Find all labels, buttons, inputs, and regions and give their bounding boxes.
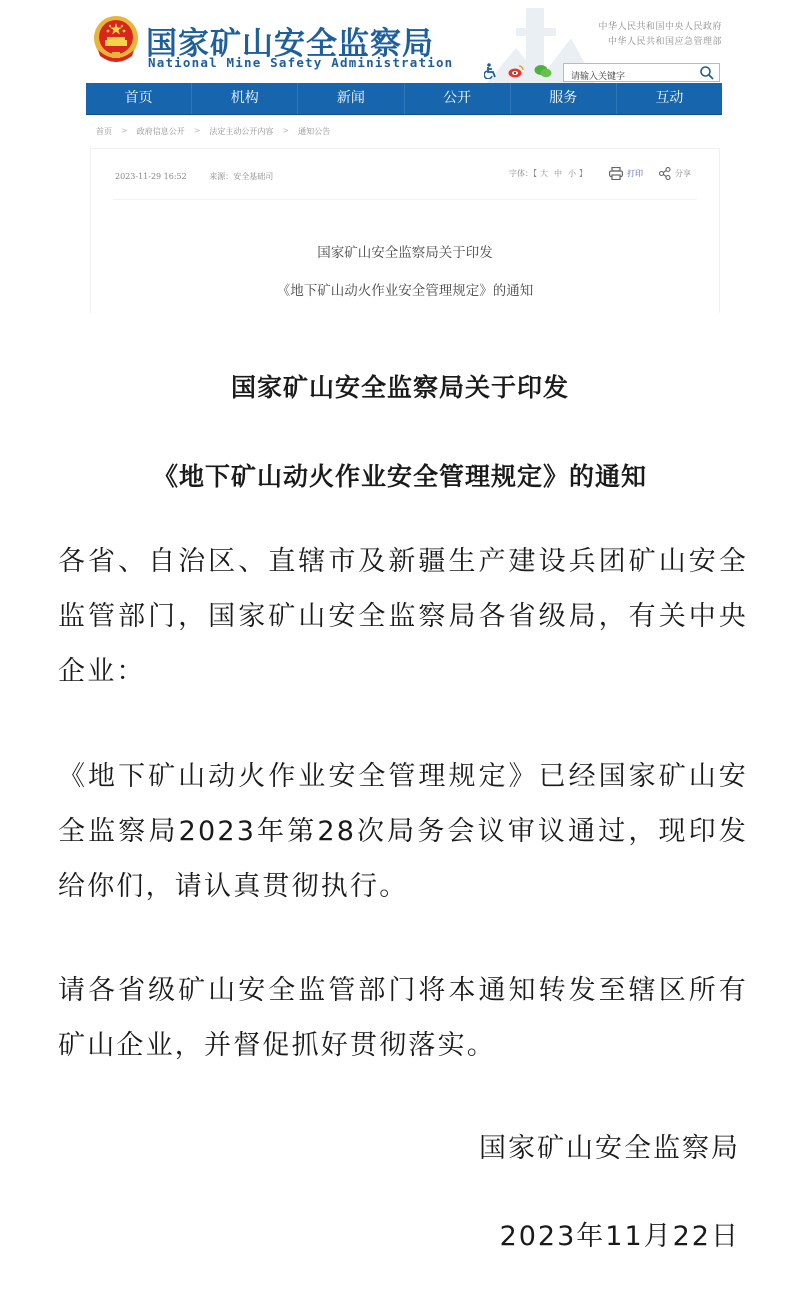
breadcrumb-separator: > — [194, 126, 201, 137]
national-emblem-icon — [92, 14, 140, 66]
nav-home[interactable]: 首页 — [86, 83, 192, 114]
site-header: 国家矿山安全监察局 National Mine Safety Administr… — [86, 8, 722, 76]
article-container: 2023-11-29 16:52 来源：安全基础司 字体：【大中小】 打印 — [90, 148, 720, 313]
breadcrumb-home[interactable]: 首页 — [96, 126, 112, 137]
article-source: 来源：安全基础司 — [209, 172, 273, 181]
wechat-icon[interactable] — [534, 64, 552, 78]
breadcrumb-gov-info[interactable]: 政府信息公开 — [137, 126, 185, 137]
toolbar-icons — [484, 60, 552, 82]
document-signature: 国家矿山安全监察局 — [479, 1126, 740, 1165]
link-central-government[interactable]: 中华人民共和国中央人民政府 — [598, 20, 722, 35]
gov-links: 中华人民共和国中央人民政府 中华人民共和国应急管理部 — [598, 20, 722, 50]
search-icon[interactable] — [699, 65, 715, 81]
document-title-line-2: 《地下矿山动火作业安全管理规定》的通知 — [0, 457, 800, 493]
document-title-line-1: 国家矿山安全监察局关于印发 — [0, 368, 800, 404]
nav-organization[interactable]: 机构 — [192, 83, 298, 114]
print-label: 打印 — [627, 168, 643, 179]
nav-services[interactable]: 服务 — [511, 83, 617, 114]
nav-public[interactable]: 公开 — [405, 83, 511, 114]
font-size-medium[interactable]: 中 — [554, 169, 562, 178]
site-search — [563, 63, 720, 82]
link-emergency-ministry[interactable]: 中华人民共和国应急管理部 — [598, 35, 722, 50]
breadcrumb-separator: > — [282, 126, 289, 137]
divider — [113, 199, 697, 200]
breadcrumb: 首页 > 政府信息公开 > 法定主动公开内容 > 通知公告 — [96, 126, 330, 137]
breadcrumb-separator: > — [121, 126, 128, 137]
document-body-paragraph: 请各省级矿山安全监管部门将本通知转发至辖区所有矿山企业，并督促抓好贯彻落实。 — [58, 963, 748, 1073]
font-size-small[interactable]: 小 — [568, 169, 576, 178]
article-meta: 2023-11-29 16:52 来源：安全基础司 — [115, 171, 273, 182]
font-size-control: 字体：【大中小】 — [509, 168, 587, 179]
nav-news[interactable]: 新闻 — [298, 83, 404, 114]
main-nav: 首页 机构 新闻 公开 服务 互动 — [86, 83, 722, 115]
article-title-line-2: 《地下矿山动火作业安全管理规定》的通知 — [91, 279, 719, 299]
font-size-label: 字体： — [509, 169, 533, 178]
breadcrumb-statutory[interactable]: 法定主动公开内容 — [209, 126, 273, 137]
accessibility-icon[interactable] — [484, 63, 498, 79]
share-button[interactable]: 分享 — [659, 167, 691, 180]
printer-icon — [609, 167, 623, 180]
weibo-icon[interactable] — [508, 64, 524, 78]
print-button[interactable]: 打印 — [609, 167, 643, 180]
document-body-paragraph: 《地下矿山动火作业安全管理规定》已经国家矿山安全监察局2023年第28次局务会议… — [58, 749, 748, 914]
website-screenshot: 国家矿山安全监察局 National Mine Safety Administr… — [86, 0, 722, 312]
breadcrumb-notices[interactable]: 通知公告 — [298, 126, 330, 137]
font-size-large[interactable]: 大 — [540, 169, 548, 178]
publish-datetime: 2023-11-29 16:52 — [115, 172, 187, 181]
document-addressees: 各省、自治区、直辖市及新疆生产建设兵团矿山安全监管部门，国家矿山安全监察局各省级… — [58, 534, 748, 699]
share-icon — [659, 167, 671, 180]
share-label: 分享 — [675, 168, 691, 179]
article-title-line-1: 国家矿山安全监察局关于印发 — [91, 241, 719, 261]
site-title-en: National Mine Safety Administration — [148, 55, 453, 70]
article-actions: 字体：【大中小】 打印 分享 — [509, 167, 691, 180]
document-date: 2023年11月22日 — [500, 1214, 740, 1253]
nav-interaction[interactable]: 互动 — [617, 83, 722, 114]
